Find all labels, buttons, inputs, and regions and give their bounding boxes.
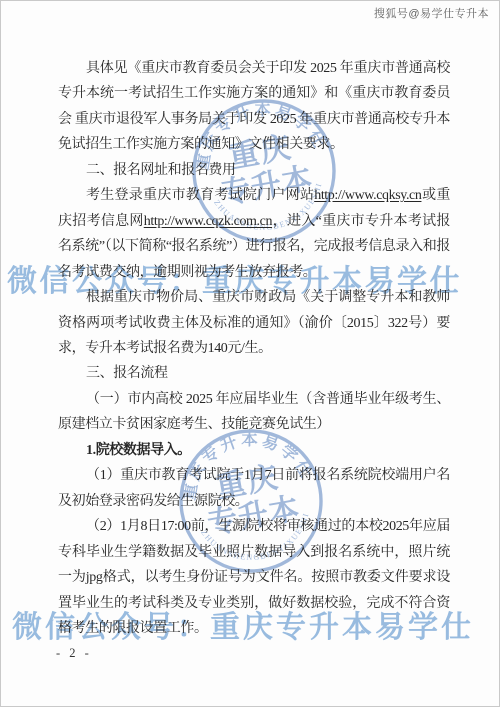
text-segment: 1.院校数据导入。 (86, 443, 191, 458)
paragraph: 1.院校数据导入。 (58, 438, 450, 463)
paragraph: 三、报名流程 (58, 361, 450, 386)
page-number: - 2 - (56, 646, 92, 661)
paragraph: 二、报名网址和报名费用 (58, 158, 450, 183)
text-segment: （1）重庆市教育考试院于1月7日前将报名系统院校端用户名及初始登录密码发给生源院… (58, 468, 450, 508)
text-segment: 三、报名流程 (86, 366, 168, 381)
url-text: http://www.cqksy.cn (314, 188, 421, 203)
paragraph: 具体见《重庆市教育委员会关于印发 2025 年重庆市普通高校专升本统一考试招生工… (58, 56, 450, 158)
paragraph: （一）市内高校 2025 年应届毕业生（含普通毕业年级考生、原建档立卡贫困家庭考… (58, 387, 450, 438)
document-page: 搜狐号@易学仕专升本 微信公众号：重庆专升本易学仕 微信公众号：重庆专升本易学仕… (0, 0, 500, 707)
text-segment: 具体见《重庆市教育委员会关于印发 2025 年重庆市普通高校专升本统一考试招生工… (58, 61, 450, 152)
document-content: 具体见《重庆市教育委员会关于印发 2025 年重庆市普通高校专升本统一考试招生工… (58, 56, 450, 641)
corner-watermark: 搜狐号@易学仕专升本 (374, 5, 489, 21)
paragraph: （2）1月8日17:00前，生源院校将审核通过的本校2025年应届专科毕业生学籍… (58, 514, 450, 641)
text-segment: 根据重庆市物价局、重庆市财政局《关于调整专升本和教师资格两项考试收费主体及标准的… (58, 290, 450, 356)
text-segment: （2）1月8日17:00前，生源院校将审核通过的本校2025年应届专科毕业生学籍… (58, 519, 450, 636)
paragraph: 根据重庆市物价局、重庆市财政局《关于调整专升本和教师资格两项考试收费主体及标准的… (58, 285, 450, 361)
paragraph: （1）重庆市教育考试院于1月7日前将报名系统院校端用户名及初始登录密码发给生源院… (58, 463, 450, 514)
text-segment: 考生登录重庆市教育考试院门户网站 (86, 188, 314, 203)
url-text: http://www.cqzk.com.cn (144, 214, 272, 229)
paragraph: 考生登录重庆市教育考试院门户网站http://www.cqksy.cn或重庆招考… (58, 183, 450, 285)
text-segment: 二、报名网址和报名费用 (86, 163, 236, 178)
text-segment: （一）市内高校 2025 年应届毕业生（含普通毕业年级考生、原建档立卡贫困家庭考… (58, 392, 450, 432)
